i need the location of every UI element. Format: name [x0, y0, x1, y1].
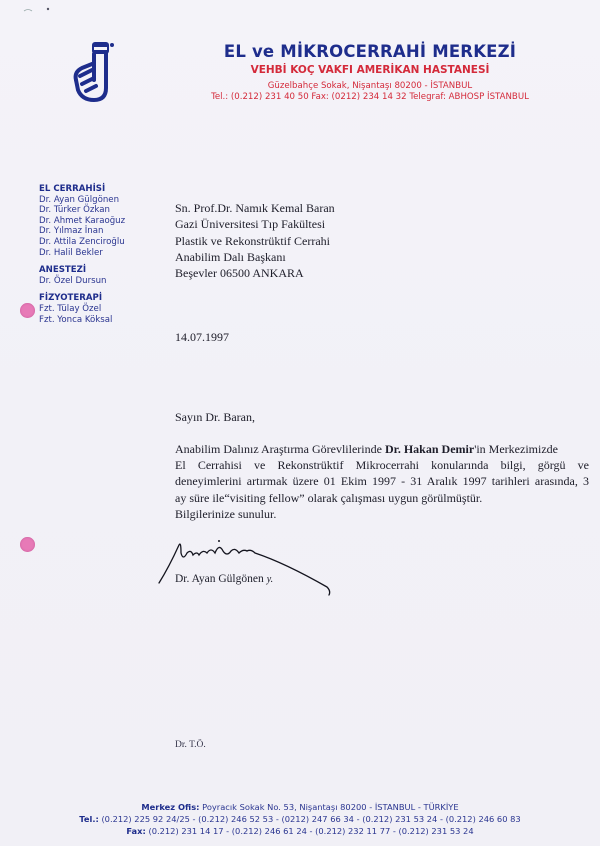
letter-body: Anabilim Dalınız Araştırma Görevlilerind… — [175, 441, 589, 522]
footer-office-address: Poyracık Sokak No. 53, Nişantaşı 80200 -… — [202, 802, 459, 812]
pencil-mark — [22, 6, 62, 14]
body-text: Anabilim Dalınız Araştırma Görevlilerind… — [175, 442, 385, 456]
recipient-line: Anabilim Dalı Başkanı — [175, 249, 335, 265]
punch-hole — [20, 303, 35, 318]
footer-label: Tel.: — [79, 814, 99, 824]
letter-date: 14.07.1997 — [175, 330, 229, 345]
footer-label: Merkez Ofis: — [141, 802, 199, 812]
staff-name: Dr. Halil Bekler — [39, 248, 125, 259]
staff-name: Fzt. Yonca Köksal — [39, 315, 125, 326]
body-text: 'in Merkezimizde — [474, 442, 558, 456]
punch-hole — [20, 537, 35, 552]
letter-page: EL ve MİKROCERRAHİ MERKEZİ VEHBİ KOÇ VAK… — [0, 0, 600, 846]
staff-name: Dr. Ahmet Karaoğuz — [39, 216, 125, 227]
closing-line: Bilgilerinize sunulur. — [175, 506, 589, 522]
section-title: ANESTEZİ — [39, 265, 125, 276]
staff-sidebar: EL CERRAHİSİ Dr. Ayan Gülgönen Dr. Türke… — [39, 184, 125, 325]
recipient-address: Sn. Prof.Dr. Namık Kemal Baran Gazi Üniv… — [175, 200, 335, 281]
signatory-initials: y. — [267, 574, 273, 585]
footer: Merkez Ofis: Poyracık Sokak No. 53, Nişa… — [0, 801, 600, 838]
center-name: EL ve MİKROCERRAHİ MERKEZİ — [160, 42, 580, 62]
salutation: Sayın Dr. Baran, — [175, 410, 255, 425]
signatory-name: Dr. Ayan Gülgöneny. — [175, 573, 273, 585]
fellow-name: Dr. Hakan Demir — [385, 442, 474, 456]
body-line: El Cerrahisi ve Rekonstrüktif Mikrocerra… — [175, 457, 589, 473]
staff-name: Fzt. Tülay Özel — [39, 304, 125, 315]
hospital-name: VEHBİ KOÇ VAKFI AMERİKAN HASTANESİ — [160, 64, 580, 77]
hand-finger-logo-icon — [72, 36, 122, 104]
staff-name: Dr. Yılmaz İnan — [39, 226, 125, 237]
handwritten-signature — [155, 537, 335, 597]
letterhead-address: Güzelbahçe Sokak, Nişantaşı 80200 - İSTA… — [160, 81, 580, 92]
letterhead-contact: Tel.: (0.212) 231 40 50 Fax: (0212) 234 … — [160, 92, 580, 103]
recipient-line: Beşevler 06500 ANKARA — [175, 265, 335, 281]
staff-name: Dr. Türker Özkan — [39, 205, 125, 216]
recipient-line: Gazi Üniversitesi Tıp Fakültesi — [175, 216, 335, 232]
section-title: FİZYOTERAPİ — [39, 293, 125, 304]
staff-name: Dr. Özel Dursun — [39, 276, 125, 287]
footer-label: Fax: — [126, 826, 145, 836]
recipient-line: Sn. Prof.Dr. Namık Kemal Baran — [175, 200, 335, 216]
footer-telephones: (0.212) 225 92 24/25 - (0.212) 246 52 53… — [101, 814, 520, 824]
body-line: deneyimlerini artırmak üzere 01 Ekim 199… — [175, 473, 589, 489]
staff-name: Dr. Ayan Gülgönen — [39, 195, 125, 206]
section-title: EL CERRAHİSİ — [39, 184, 125, 195]
staff-name: Dr. Attila Zenciroğlu — [39, 237, 125, 248]
letterhead: EL ve MİKROCERRAHİ MERKEZİ VEHBİ KOÇ VAK… — [160, 42, 580, 103]
typist-initials: Dr. T.Ö. — [175, 740, 206, 750]
signatory-text: Dr. Ayan Gülgönen — [175, 573, 264, 585]
footer-fax: (0.212) 231 14 17 - (0.212) 246 61 24 - … — [148, 826, 473, 836]
body-line: ay süre ile“visiting fellow” olarak çalı… — [175, 490, 589, 506]
recipient-line: Plastik ve Rekonstrüktif Cerrahi — [175, 233, 335, 249]
